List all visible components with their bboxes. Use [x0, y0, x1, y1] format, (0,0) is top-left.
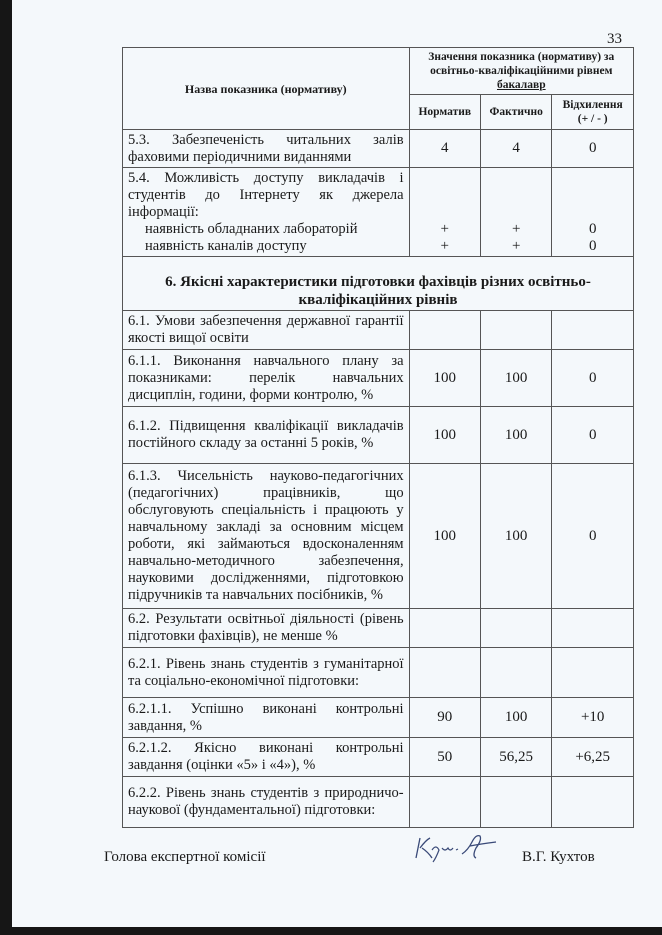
row-norm	[409, 311, 480, 350]
row-deviation: 0	[552, 407, 634, 464]
header-deviation: Відхилення (+ / - )	[552, 95, 634, 130]
table-row: 6.1. Умови забезпечення державної гарант…	[123, 311, 634, 350]
row-actual: 4	[480, 130, 551, 168]
header-level: бакалавр	[497, 79, 546, 91]
sub-norm: +	[415, 238, 475, 255]
row-actual: 100	[480, 407, 551, 464]
table-row: 6.2. Результати освітньої діяльності (рі…	[123, 609, 634, 648]
row-deviation: 0	[552, 350, 634, 407]
table-row: 5.4. Можливість доступу викладачів і сту…	[123, 168, 634, 257]
sub-actual: +	[486, 238, 546, 255]
row-name-main: 5.4. Можливість доступу викладачів і сту…	[128, 170, 404, 221]
row-name: 6.1.3. Чисельність науково-педагогічних …	[123, 464, 410, 609]
row-name: 6.2.1.1. Успішно виконані контрольні зав…	[123, 698, 410, 738]
row-norm: + +	[409, 168, 480, 257]
row-norm: 90	[409, 698, 480, 738]
row-norm	[409, 609, 480, 648]
table-row: 6.2.1. Рівень знань студентів з гуманіта…	[123, 648, 634, 698]
header-deviation-sign: (+ / - )	[578, 113, 608, 125]
row-name: 6.2. Результати освітньої діяльності (рі…	[123, 609, 410, 648]
row-sub-name: наявність каналів доступу	[128, 238, 404, 255]
row-deviation	[552, 648, 634, 698]
row-deviation: 0	[552, 464, 634, 609]
row-norm: 100	[409, 407, 480, 464]
section-row: 6. Якісні характеристики підготовки фахі…	[123, 257, 634, 311]
commission-head-name: В.Г. Кухтов	[522, 849, 595, 866]
row-name: 6.2.1.2. Якісно виконані контрольні завд…	[123, 738, 410, 777]
row-actual	[480, 609, 551, 648]
row-name: 6.2.2. Рівень знань студентів з природни…	[123, 777, 410, 828]
commission-head-title: Голова експертної комісії	[104, 849, 266, 866]
header-name-column: Назва показника (нормативу)	[123, 48, 410, 130]
section-heading: 6. Якісні характеристики підготовки фахі…	[123, 257, 634, 311]
table-row: 6.1.1. Виконання навчального плану за по…	[123, 350, 634, 407]
table-row: 6.2.1.2. Якісно виконані контрольні завд…	[123, 738, 634, 777]
row-actual: 56,25	[480, 738, 551, 777]
sub-deviation: 0	[557, 221, 628, 238]
sub-norm: +	[415, 221, 475, 238]
indicators-table: Назва показника (нормативу) Значення пок…	[122, 47, 634, 828]
scan-edge-bottom	[0, 927, 662, 935]
row-name: 6.1. Умови забезпечення державної гарант…	[123, 311, 410, 350]
row-norm	[409, 777, 480, 828]
row-actual	[480, 777, 551, 828]
row-deviation	[552, 311, 634, 350]
row-deviation: 0 0	[552, 168, 634, 257]
table-row: 6.1.3. Чисельність науково-педагогічних …	[123, 464, 634, 609]
header-norm: Норматив	[409, 95, 480, 130]
row-name: 6.1.2. Підвищення кваліфікації викладачі…	[123, 407, 410, 464]
row-actual	[480, 648, 551, 698]
row-sub-name: наявність обладнаних лабораторій	[128, 221, 404, 238]
row-norm: 50	[409, 738, 480, 777]
row-norm	[409, 648, 480, 698]
row-name: 6.2.1. Рівень знань студентів з гуманіта…	[123, 648, 410, 698]
row-deviation	[552, 777, 634, 828]
header-deviation-label: Відхилення	[563, 99, 623, 111]
header-value-group-text: Значення показника (нормативу) за освітн…	[428, 51, 614, 77]
row-norm: 100	[409, 350, 480, 407]
row-actual: + +	[480, 168, 551, 257]
table-row: 5.3. Забезпеченість читальних залів фахо…	[123, 130, 634, 168]
sub-deviation: 0	[557, 238, 628, 255]
table-row: 6.2.2. Рівень знань студентів з природни…	[123, 777, 634, 828]
row-deviation: +10	[552, 698, 634, 738]
row-deviation: 0	[552, 130, 634, 168]
signature-icon	[410, 828, 500, 864]
row-name: 5.3. Забезпеченість читальних залів фахо…	[123, 130, 410, 168]
header-value-group: Значення показника (нормативу) за освітн…	[409, 48, 633, 95]
row-deviation	[552, 609, 634, 648]
header-actual: Фактично	[480, 95, 551, 130]
row-norm: 4	[409, 130, 480, 168]
table-row: 6.1.2. Підвищення кваліфікації викладачі…	[123, 407, 634, 464]
row-deviation: +6,25	[552, 738, 634, 777]
table-header-row: Назва показника (нормативу) Значення пок…	[123, 48, 634, 95]
row-name: 5.4. Можливість доступу викладачів і сту…	[123, 168, 410, 257]
row-norm: 100	[409, 464, 480, 609]
scan-edge-left	[0, 0, 12, 935]
row-name: 6.1.1. Виконання навчального плану за по…	[123, 350, 410, 407]
row-actual: 100	[480, 464, 551, 609]
page-number: 33	[607, 31, 622, 48]
table-row: 6.2.1.1. Успішно виконані контрольні зав…	[123, 698, 634, 738]
row-actual	[480, 311, 551, 350]
sub-actual: +	[486, 221, 546, 238]
row-actual: 100	[480, 698, 551, 738]
row-actual: 100	[480, 350, 551, 407]
